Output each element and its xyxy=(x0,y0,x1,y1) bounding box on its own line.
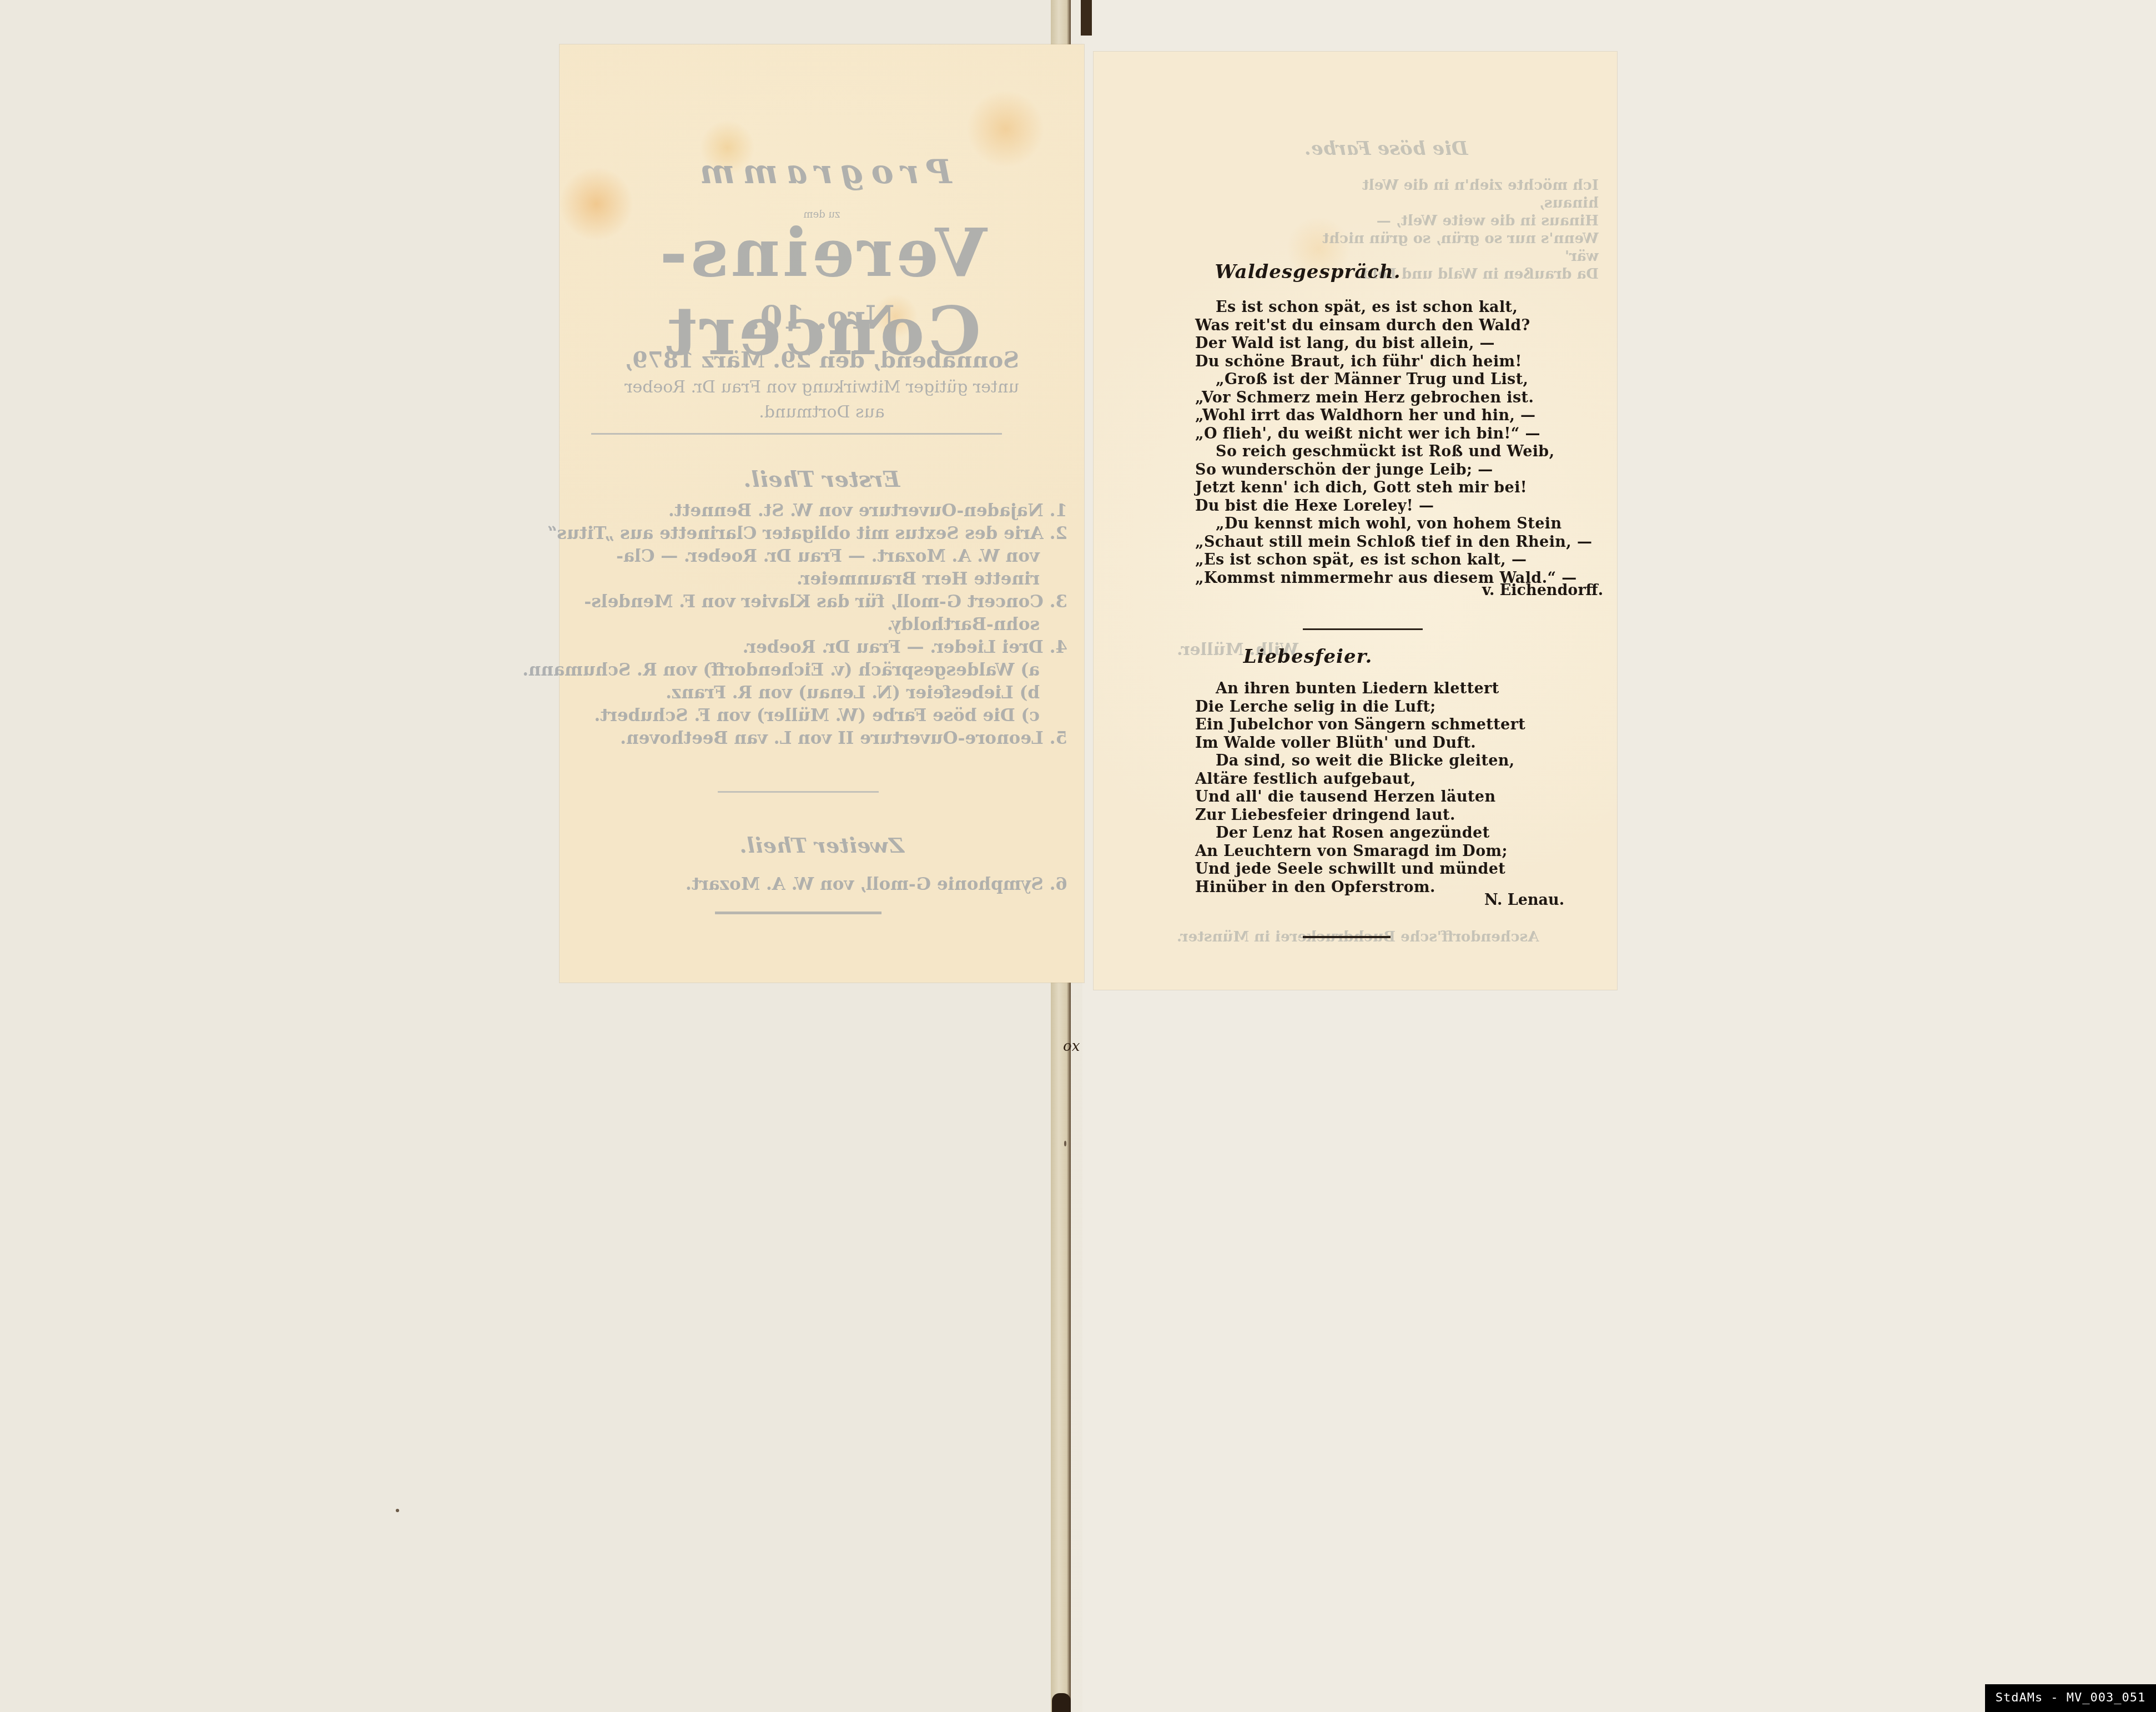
poem-liebesfeier: Liebesfeier. An ihren bunten Liedern kle… xyxy=(1195,646,1584,923)
poem-line: „Wohl irrt das Waldhorn her und hin, — xyxy=(1195,407,1584,425)
poem-line: An Leuchtern von Smaragd im Dom; xyxy=(1195,843,1584,861)
poem-line: So reich geschmückt ist Roß und Weib, xyxy=(1195,443,1584,461)
programme-performer-origin: aus Dortmund. xyxy=(560,402,1084,422)
programme-item: c) Die böse Farbe (W. Müller) von F. Sch… xyxy=(579,704,1067,727)
poem-line: Und all' die tausend Herzen läuten xyxy=(1195,788,1584,807)
poem-line: Jetzt kenn' ich dich, Gott steh mir bei! xyxy=(1195,479,1584,497)
poem-line: Die Lerche selig in die Luft; xyxy=(1195,698,1584,717)
poem-line: Da sind, so weit die Blicke gleiten, xyxy=(1195,752,1584,771)
programme-item: a) Waldesgespräch (v. Eichendorff) von R… xyxy=(579,659,1067,682)
paper-speck xyxy=(1064,1141,1066,1146)
gutter-handwriting: ox xyxy=(1063,1038,1080,1055)
poem-line: Was reit'st du einsam durch den Wald? xyxy=(1195,317,1584,335)
programme-item: 2. Arie des Sextus mit obligater Clarine… xyxy=(579,522,1067,545)
bleed-line: Ich möchte zieh'n in die Welt hinaus, xyxy=(1299,177,1599,212)
archive-reference-label: StdAMs - MV_003_051 xyxy=(1985,1684,2156,1712)
poem-line: Es ist schon spät, es ist schon kalt, xyxy=(1195,299,1584,317)
poem-line: Der Lenz hat Rosen angezündet xyxy=(1195,824,1584,843)
programme-item: sohn-Bartholdy. xyxy=(579,613,1067,636)
programme-item: 3. Concert G-moll, für das Klavier von F… xyxy=(579,591,1067,613)
poem-line: Ein Jubelchor von Sängern schmettert xyxy=(1195,716,1584,734)
section-divider xyxy=(1303,628,1423,630)
poem-title: Waldesgespräch. xyxy=(1195,261,1420,283)
programme-item: 4. Drei Lieder. — Frau Dr. Roeber. xyxy=(579,636,1067,659)
paper-speck xyxy=(396,1509,399,1512)
programme-item: 5. Leonore-Ouverture II von L. van Beeth… xyxy=(579,727,1067,750)
programme-bleedthrough: Programm zu dem Vereins-Concert Nro. 10.… xyxy=(560,44,1084,983)
bleed-line: Wenn's nur so grün, so grün nicht wär' xyxy=(1299,230,1599,265)
programme-title: Programm xyxy=(560,153,1084,192)
bleed-poem-title: Die böse Farbe. xyxy=(1304,138,1468,160)
poem-line: So wunderschön der junge Leib; — xyxy=(1195,461,1584,480)
poem-lines: Es ist schon spät, es ist schon kalt, Wa… xyxy=(1195,299,1584,587)
poem-line: „O flieh', du weißt nicht wer ich bin!“ … xyxy=(1195,425,1584,444)
poem-line: Und jede Seele schwillt und mündet xyxy=(1195,860,1584,879)
divider xyxy=(591,433,1002,435)
programme-item: von W. A. Mozart. — Frau Dr. Roeber. — C… xyxy=(579,545,1067,568)
end-divider xyxy=(1303,936,1391,938)
divider xyxy=(718,791,879,793)
poem-line: Du schöne Braut, ich führ' dich heim! xyxy=(1195,353,1584,371)
poem-title: Liebesfeier. xyxy=(1195,646,1420,668)
poem-line: Der Wald ist lang, du bist allein, — xyxy=(1195,335,1584,353)
poem-waldesgesprach: Waldesgespräch. Es ist schon spät, es is… xyxy=(1195,261,1584,622)
binding-bottom-shadow xyxy=(1052,1693,1071,1712)
poem-author: N. Lenau. xyxy=(1484,892,1564,909)
programme-number: Nro. 10. xyxy=(560,299,1084,336)
poem-line: An ihren bunten Liedern klettert xyxy=(1195,680,1584,698)
poem-line: „Groß ist der Männer Trug und List, xyxy=(1195,371,1584,389)
programme-part-two: Zweiter Theil. xyxy=(560,833,1084,858)
poem-line: „Schaut still mein Schloß tief in den Rh… xyxy=(1195,533,1584,552)
programme-item: b) Liebesfeier (N. Lenau) von R. Franz. xyxy=(579,682,1067,704)
poem-line: „Es ist schon spät, es ist schon kalt, — xyxy=(1195,551,1584,570)
poem-line: Du bist die Hexe Loreley! — xyxy=(1195,497,1584,516)
programme-date: Sonnabend, den 29. März 1879, xyxy=(560,347,1084,373)
poem-line: Zur Liebesfeier dringend laut. xyxy=(1195,807,1584,825)
poem-line: „Du kennst mich wohl, von hohem Stein xyxy=(1195,515,1584,533)
bleed-line: Hinaus in die weite Welt, — xyxy=(1299,212,1599,230)
poem-lines: An ihren bunten Liedern klettert Die Ler… xyxy=(1195,680,1584,897)
poem-line: „Vor Schmerz mein Herz gebrochen ist. xyxy=(1195,389,1584,407)
binding-top-shadow xyxy=(1081,0,1092,36)
programme-part-one: Erster Theil. xyxy=(560,466,1084,492)
divider xyxy=(715,912,881,914)
poem-author: v. Eichendorff. xyxy=(1482,582,1603,599)
poem-line: Im Walde voller Blüth' und Duft. xyxy=(1195,734,1584,753)
programme-item: 6. Symphonie G-moll, von W. A. Mozart. xyxy=(579,874,1067,894)
programme-items: 1. Najaden-Ouverture von W. St. Bennett.… xyxy=(579,500,1067,750)
programme-item: 1. Najaden-Ouverture von W. St. Bennett. xyxy=(579,500,1067,522)
programme-item: rinette Herr Braunmeier. xyxy=(579,568,1067,591)
poem-line: Altäre festlich aufgebaut, xyxy=(1195,771,1584,789)
programme-performer: unter gütiger Mitwirkung von Frau Dr. Ro… xyxy=(560,377,1084,397)
left-page: Programm zu dem Vereins-Concert Nro. 10.… xyxy=(560,44,1084,983)
